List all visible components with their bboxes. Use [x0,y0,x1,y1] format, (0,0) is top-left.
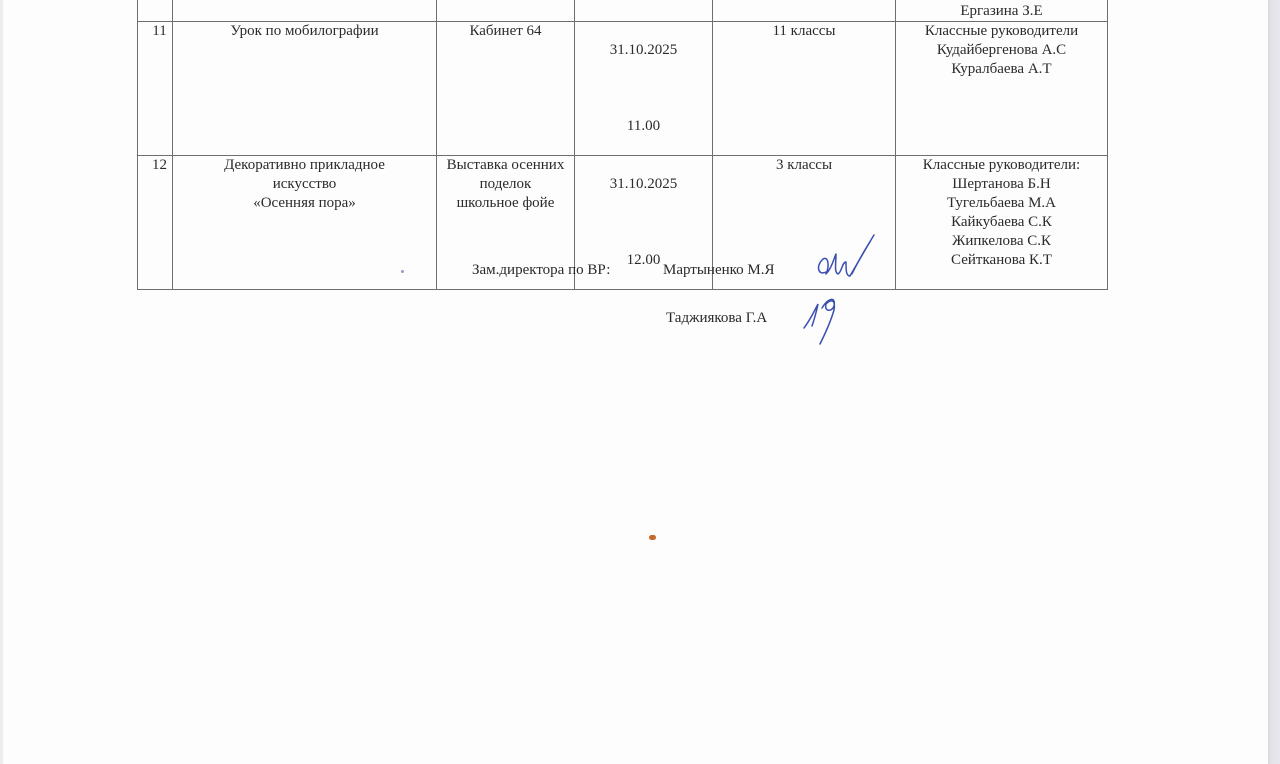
signatory-role: Зам.директора по ВР: [472,262,610,279]
event-responsible: Классные руководители: Шертанова Б.Н Туг… [896,156,1108,290]
event-place [437,0,575,22]
event-time: 11.00 [575,117,712,136]
event-responsible: Ергазина З.Е [896,0,1108,22]
spacer [575,79,712,98]
table-row: 11 Урок по мобилографии Кабинет 64 31.10… [138,22,1108,156]
event-classes: 11 классы [713,22,896,156]
spacer [575,213,712,232]
event-responsible: Классные руководители Кудайбергенова А.С… [896,22,1108,156]
row-number: 12 [138,156,173,290]
scanned-document-page: Ергазина З.Е 11 Урок по мобилографии Каб… [0,0,1268,764]
signatory-name-1: Мартыненко М.Я [663,262,775,279]
event-date: 31.10.2025 [575,41,712,60]
row-number: 11 [138,22,173,156]
page-right-edge [1268,0,1280,764]
scan-speck [401,270,404,273]
event-date [575,0,713,22]
event-name: Урок по мобилографии [173,22,437,156]
row-number [138,0,173,22]
event-date: 31.10.2025 [575,175,712,194]
event-classes [713,0,896,22]
handwritten-initials-icon [800,290,850,348]
scan-speck [649,535,656,540]
events-schedule-table: Ергазина З.Е 11 Урок по мобилографии Каб… [137,0,1108,290]
table-row: 12 Декоративно прикладное искусство «Осе… [138,156,1108,290]
handwritten-signature-icon [812,232,882,287]
table-row: Ергазина З.Е [138,0,1108,22]
page-left-edge [0,0,3,764]
event-name [173,0,437,22]
signatory-name-2: Таджиякова Г.А [666,310,767,327]
event-date-cell: 31.10.2025 11.00 [575,22,713,156]
event-place: Кабинет 64 [437,22,575,156]
event-name: Декоративно прикладное искусство «Осення… [173,156,437,290]
